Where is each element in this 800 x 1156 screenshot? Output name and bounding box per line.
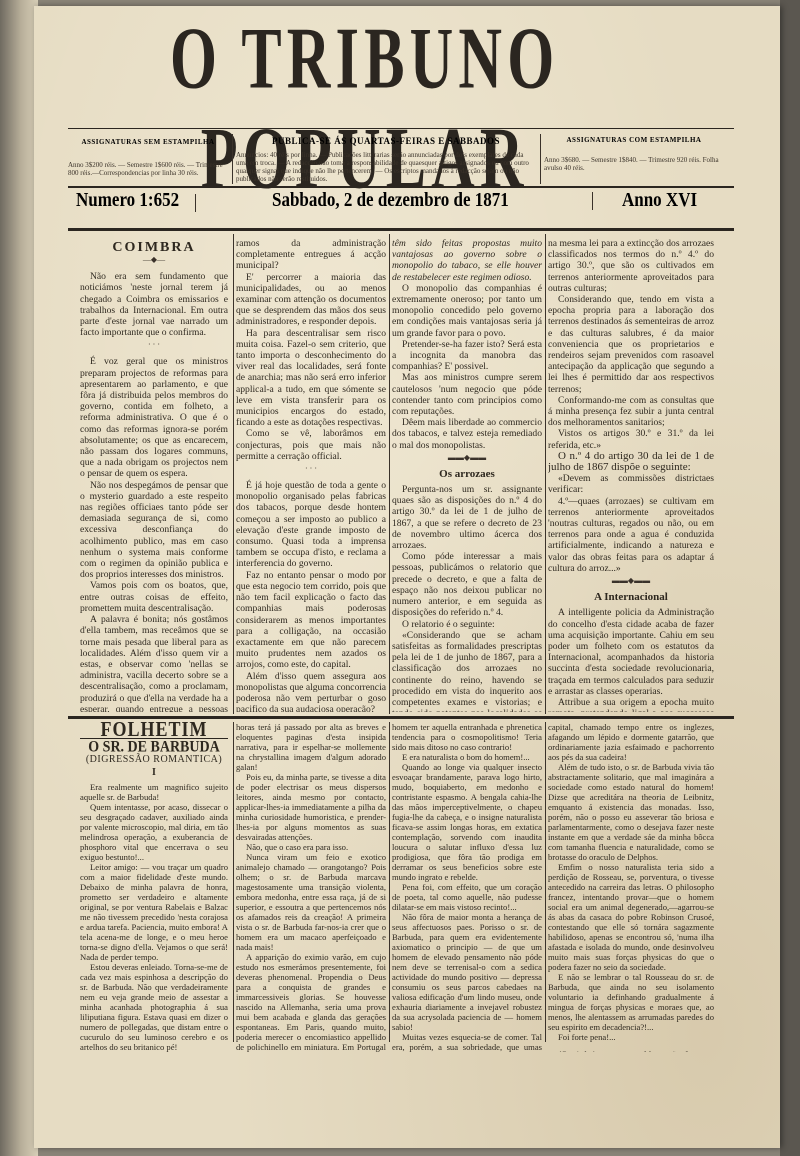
paragraph: Não nos despegámos de pensar que o myste…: [80, 480, 228, 581]
paragraph: Estou deveras enleiado. Torna-se-me de c…: [80, 962, 228, 1052]
paragraph: Leitor amigo: — vou traçar um quadro com…: [80, 862, 228, 962]
section-heading-coimbra: COIMBRA: [80, 242, 228, 253]
paragraph: Quem intentasse, por acaso, dissecar o s…: [80, 802, 228, 862]
paragraph: É já hoje questão de toda a gente o mono…: [236, 480, 386, 570]
paragraph: O monopolio das companhias é extremament…: [392, 283, 542, 339]
paragraph: E' percorrer a maioria das municipalidad…: [236, 272, 386, 328]
paragraph: Mas aos ministros cumpre serem cauteloso…: [392, 372, 542, 417]
left-subscription-heading: ASSIGNATURAS SEM ESTAMPILHA: [68, 138, 228, 146]
paragraph: Não, que o caso era para isso.: [236, 842, 386, 852]
paragraph: capital, chamado tempo entre os inglezes…: [548, 722, 714, 762]
column-divider: [389, 722, 390, 1042]
column-3: têm sido feitas propostas muito vantajos…: [392, 238, 542, 712]
book-spine: [0, 0, 38, 1156]
column-divider: [545, 234, 546, 714]
issue-date: Sabbado, 2 de dezembro de 1871: [272, 189, 509, 212]
folhetim-rule: [68, 716, 734, 719]
paragraph: Pois eu, da minha parte, se tivesse a di…: [236, 772, 386, 842]
paragraph: «Devem as commissões districtaes verific…: [548, 473, 714, 495]
paragraph: A intelligente policia da Administração …: [548, 607, 714, 697]
right-subscription-heading: ASSIGNATURAS COM ESTAMPILHA: [544, 136, 724, 144]
issue-year: Anno XVI: [622, 189, 697, 212]
right-subscription-text: Anno 3$680. — Semestre 1$840. — Trimestr…: [544, 156, 724, 172]
paragraph: A palavra é bonita; nós gostâmos d'ella …: [80, 614, 228, 712]
paragraph: Foi forte pena!...: [548, 1032, 714, 1042]
paragraph: Nunca viram um feio e exotico animalejo …: [236, 852, 386, 952]
folhetim-column-3: homem ter aquella entranhada e phrenetic…: [392, 722, 542, 1052]
paragraph: Era realmente um magnifico sujeito aquel…: [80, 782, 228, 802]
paragraph: Não era sem fundamento que noticiámos 'n…: [80, 271, 228, 338]
author-signature: Magalhães Lima.: [644, 1050, 704, 1052]
paragraph: O n.º 4 do artigo 30 da lei de 1 de julh…: [548, 451, 714, 473]
paragraph: Não fôra de maior monta a herança de seu…: [392, 912, 542, 1032]
publication-schedule: PUBLICA-SE ÁS QUARTAS-FEIRAS E SABBADOS: [236, 136, 536, 146]
paragraph: É voz geral que os ministros preparam pr…: [80, 356, 228, 479]
issue-number: Numero 1:652: [76, 189, 179, 212]
paragraph: na mesma lei para a extincção dos arroza…: [548, 238, 714, 294]
paragraph: horas terá já passado por alta as breves…: [236, 722, 386, 772]
paragraph: Como póde interessar a mais pessoas, pub…: [392, 551, 542, 618]
column-divider: [389, 234, 390, 714]
section-heading-internacional: A Internacional: [548, 592, 714, 603]
paragraph: 4.º—quaes (arrozaes) se cultivam em terr…: [548, 496, 714, 574]
divider: [232, 134, 233, 184]
folhetim-column-4: capital, chamado tempo entre os inglezes…: [548, 722, 714, 1052]
background-edge: [780, 0, 800, 1156]
column-divider: [545, 722, 546, 1042]
advertising-terms: Annuncios: 40 réis por linha. — Publicaç…: [236, 151, 536, 183]
paragraph: Attribue a sua origem a epocha muito rem…: [548, 697, 714, 712]
paragraph: Quando ao longe via qualquer insecto esv…: [392, 762, 542, 882]
ornament: · · ·: [80, 340, 228, 350]
divider: [592, 192, 593, 210]
rule: [68, 128, 734, 129]
paragraph: E era naturalista o bom do homem!...: [392, 752, 542, 762]
column-1: COIMBRA —◆— Não era sem fundamento que n…: [80, 238, 228, 712]
paragraph: Ha para descentralisar sem risco muita c…: [236, 328, 386, 429]
paragraph: A apparição do eximio varão, em cujo est…: [236, 952, 386, 1052]
folhetim-title: O SR. DE BARBUDA: [80, 743, 228, 754]
rule: [68, 228, 734, 231]
paragraph: Pena foi, com effeito, que um coração de…: [392, 882, 542, 912]
paragraph: Dêem mais liberdade ao commercio dos tab…: [392, 417, 542, 451]
paragraph: Além de tudo isto, o sr. de Barbuda vivi…: [548, 762, 714, 862]
divider: [195, 194, 196, 212]
folhetim-subtitle: (DIGRESSÃO ROMANTICA): [80, 755, 228, 765]
column-divider: [233, 234, 234, 714]
folhetim-column-1: FOLHETIM O SR. DE BARBUDA (DIGRESSÃO ROM…: [80, 722, 228, 1052]
section-heading-arrozaes: Os arrozaes: [392, 469, 542, 480]
paragraph: Como se vê, laborâmos em conjecturas, po…: [236, 428, 386, 462]
paragraph: têm sido feitas propostas muito vantajos…: [392, 238, 542, 283]
ornament: ▬▬◆▬▬: [392, 453, 542, 463]
paragraph: Pergunta-nos um sr. assignante quaes são…: [392, 484, 542, 551]
ornament: ▬▬◆▬▬: [548, 576, 714, 586]
folhetim-part: I: [80, 768, 228, 778]
signature-line: (Continúa.) Magalhães Lima.: [548, 1050, 714, 1052]
paragraph: Pretender-se-ha fazer isto? Será esta a …: [392, 339, 542, 373]
column-4: na mesma lei para a extincção dos arroza…: [548, 238, 714, 712]
paragraph: Vistos os artigos 30.º e 31.º da lei ref…: [548, 428, 714, 450]
paragraph: Muitas vezes esquecia-se de comer. Tal e…: [392, 1032, 542, 1052]
paragraph: ramos da administração completamente ent…: [236, 238, 386, 272]
ornament: · · ·: [236, 464, 386, 474]
continua-note: (Continúa.): [558, 1050, 595, 1052]
divider: [540, 134, 541, 184]
paragraph: Conformando-me com as consultas que á mi…: [548, 395, 714, 429]
left-subscription-text: Anno 3$200 réis. — Semestre 1$600 réis. …: [68, 161, 228, 177]
paragraph: E não se lembrar o tal Rousseau do sr. d…: [548, 972, 714, 1032]
paragraph: O relatorio é o seguinte:: [392, 619, 542, 630]
column-2: ramos da administração completamente ent…: [236, 238, 386, 712]
paragraph: Além d'isso quem assegura aos monopolist…: [236, 671, 386, 712]
paragraph: Considerando que, tendo em vista a epoch…: [548, 294, 714, 395]
paragraph: «Considerando que se acham satisfeitas a…: [392, 630, 542, 712]
folhetim-column-2: horas terá já passado por alta as breves…: [236, 722, 386, 1052]
paragraph: Emfim o nosso naturalista teria sido a p…: [548, 862, 714, 972]
paragraph: Vamos pois com os boatos, que, entre out…: [80, 580, 228, 614]
folhetim-heading: FOLHETIM: [80, 723, 228, 735]
paragraph: Faz no entanto pensar o modo por que est…: [236, 570, 386, 671]
column-divider: [233, 722, 234, 1042]
paragraph: homem ter aquella entranhada e phrenetic…: [392, 722, 542, 752]
ornament: —◆—: [80, 255, 228, 265]
